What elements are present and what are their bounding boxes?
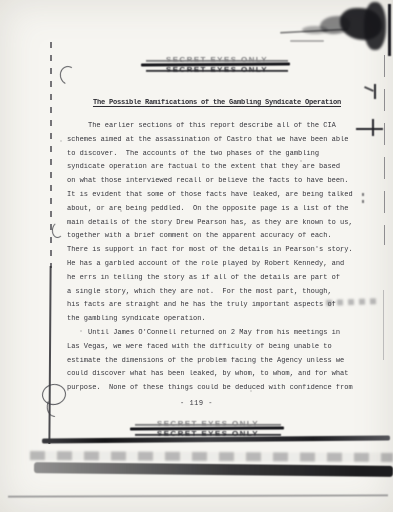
body-line: The earlier sections of this report desc… — [67, 120, 377, 134]
body-line: purpose. None of these things could be d… — [67, 382, 377, 396]
body-text: The earlier sections of this report desc… — [67, 120, 377, 396]
body-line: about, or are being peddled. On the oppo… — [67, 203, 377, 217]
page-bottom-edge — [42, 435, 390, 443]
classification-stamp-top: SECRET EYES ONLY SECRET EYES ONLY — [158, 55, 276, 74]
body-line: It is evident that some of those facts h… — [67, 189, 377, 203]
page-right-edge — [383, 290, 384, 360]
body-line: he errs in telling the story as if all o… — [67, 272, 377, 286]
scanned-document-page: SECRET EYES ONLY SECRET EYES ONLY The Po… — [0, 0, 393, 512]
ink-mark — [356, 128, 383, 130]
ink-mark — [372, 119, 374, 136]
strike-line — [135, 434, 281, 435]
body-line: syndicate operation are factual to the e… — [67, 161, 377, 175]
body-line: He has a garbled account of the role pla… — [67, 258, 377, 272]
strike-line — [146, 70, 288, 71]
ink-mark — [57, 64, 79, 87]
body-line: schemes aimed at the assassination of Ca… — [67, 134, 377, 148]
page-title: The Possible Ramifications of the Gambli… — [86, 99, 348, 107]
scan-artifact-band — [34, 462, 393, 477]
strike-line — [135, 424, 281, 425]
body-line: Las Vegas, we were faced with the diffic… — [67, 341, 377, 355]
body-line: main details of the story Drew Pearson h… — [67, 217, 377, 231]
body-line: Until James O'Connell returned on 2 May … — [67, 327, 377, 341]
paper-speckles — [0, 0, 2, 2]
scan-artifact-line — [8, 494, 388, 497]
body-line: on what those interviewed recall or beli… — [67, 175, 377, 189]
ink-mark — [374, 84, 376, 99]
body-line: estimate the dimensions of the problem f… — [67, 355, 377, 369]
page-left-edge — [50, 42, 52, 268]
body-line: There is support in fact for most of the… — [67, 244, 377, 258]
ink-blob — [282, 0, 392, 56]
ink-mark — [51, 221, 65, 239]
body-line: together with a brief comment on the app… — [67, 230, 377, 244]
body-line: a single story, which they are not. For … — [67, 286, 377, 300]
ink-mark — [362, 193, 364, 196]
classification-stamp-bottom: SECRET EYES ONLY SECRET EYES ONLY — [147, 419, 269, 438]
ink-mark — [44, 401, 58, 417]
strike-line — [146, 60, 288, 61]
ink-mark — [364, 86, 374, 92]
body-line: could discover what has been leaked, by … — [67, 368, 377, 382]
page-right-edge — [384, 55, 385, 245]
scan-artifact-band — [30, 451, 393, 462]
scan-edge-artifact — [388, 4, 391, 56]
ink-mark — [362, 200, 364, 203]
body-line: to discover. The accounts of the two pha… — [67, 148, 377, 162]
stamp-text-impression: SECRET EYES ONLY — [158, 65, 276, 73]
page-left-edge — [48, 266, 51, 444]
body-line: the gambling syndicate operation. — [67, 313, 377, 327]
